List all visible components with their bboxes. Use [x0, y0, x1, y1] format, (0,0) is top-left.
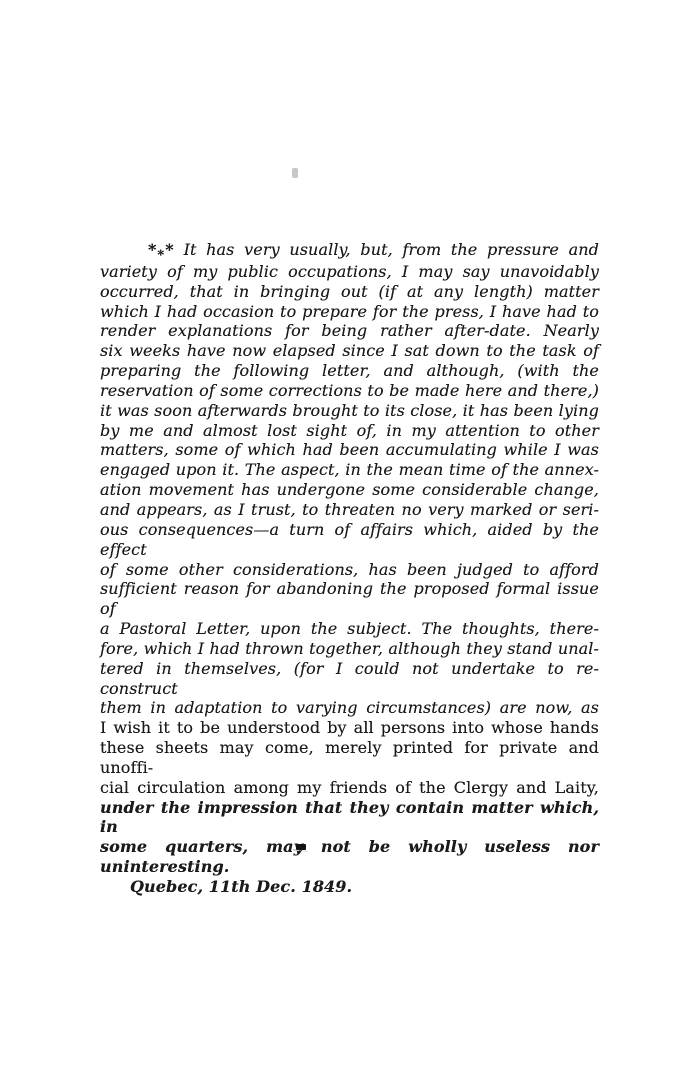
- text-line: reservation of some corrections to be ma…: [100, 381, 599, 401]
- text-line: tered in themselves, (for I could not un…: [100, 659, 599, 699]
- text-line: cial circulation among my friends of the…: [100, 778, 599, 798]
- text-line: engaged upon it. The aspect, in the mean…: [100, 460, 599, 480]
- dateline: Quebec, 11th Dec. 1849.: [100, 877, 599, 897]
- text-line: I wish it to be understood by all person…: [100, 718, 599, 738]
- text-line: of some other considerations, has been j…: [100, 560, 599, 580]
- text-line: these sheets may come, merely printed fo…: [100, 738, 599, 778]
- text-line: occurred, that in bringing out (if at an…: [100, 282, 599, 302]
- asterism-mark: ***: [148, 240, 175, 259]
- ink-blot: [296, 844, 306, 850]
- asterism-star: *: [165, 240, 174, 259]
- text-line: some quarters, may not be wholly useless…: [100, 837, 599, 877]
- text-line: them in adaptation to varying circumstan…: [100, 698, 599, 718]
- text-line: six weeks have now elapsed since I sat d…: [100, 341, 599, 361]
- text-line: sufficient reason for abandoning the pro…: [100, 579, 599, 619]
- text-line: preparing the following letter, and alth…: [100, 361, 599, 381]
- text-line: matters, some of which had been accumula…: [100, 440, 599, 460]
- asterism-star-low: *: [157, 246, 165, 266]
- text-line: fore, which I had thrown together, altho…: [100, 639, 599, 659]
- document-page: ***It has very usually, but, from the pr…: [0, 0, 690, 1080]
- text-line: variety of my public occupations, I may …: [100, 262, 599, 282]
- text-line: by me and almost lost sight of, in my at…: [100, 421, 599, 441]
- text-line: render explanations for being rather aft…: [100, 321, 599, 341]
- asterism-star: *: [148, 240, 157, 259]
- text-line: ous consequences—a turn of affairs which…: [100, 520, 599, 560]
- text-line: ation movement has undergone some consid…: [100, 480, 599, 500]
- text-line: and appears, as I trust, to threaten no …: [100, 500, 599, 520]
- text-line: ***It has very usually, but, from the pr…: [100, 240, 599, 262]
- ink-speck: [292, 168, 298, 178]
- text-line-content: It has very usually, but, from the press…: [184, 240, 599, 259]
- text-line: which I had occasion to prepare for the …: [100, 302, 599, 322]
- preface-text-block: ***It has very usually, but, from the pr…: [100, 240, 599, 897]
- text-line: a Pastoral Letter, upon the subject. The…: [100, 619, 599, 639]
- text-line: under the impression that they contain m…: [100, 798, 599, 838]
- text-line: it was soon afterwards brought to its cl…: [100, 401, 599, 421]
